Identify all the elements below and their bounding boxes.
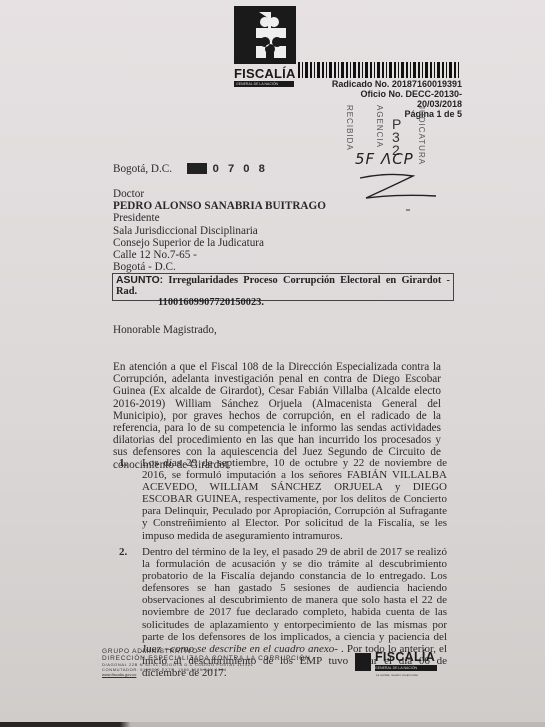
recipient-position: Presidente: [113, 212, 326, 224]
recipient-block: Doctor PEDRO ALONSO SANABRIA BUITRAGO Pr…: [113, 188, 326, 273]
list-item-number: 1.: [119, 457, 127, 469]
list-item-text: Dentro del término de la ley, el pasado …: [142, 546, 447, 655]
reference-number: 0 7 0 8: [213, 163, 268, 175]
subject-radicado: 11001609907720150023.: [116, 297, 450, 308]
handwritten-note: 5F ɅCP: [355, 150, 414, 168]
fiscalia-logo: FISCALÍA GENERAL DE LA NACIÓN: [234, 6, 296, 87]
footer-logo-subtitle: GENERAL DE LA NACIÓN: [375, 665, 437, 671]
puzzle-piece-icon: [355, 653, 371, 671]
footer-logo-tagline: La verdad, nuestro compromiso: [376, 673, 418, 677]
recipient-council: Consejo Superior de la Judicatura: [113, 237, 326, 249]
photo-edge: [0, 722, 545, 727]
stamp-fragment: AGENCIA: [375, 105, 384, 148]
subject-label: ASUNTO:: [116, 275, 163, 286]
puzzle-piece-icon: [234, 6, 296, 64]
list-item-text: Los días 29 de septiembre, 10 de octubre…: [142, 457, 447, 542]
radicado-number: Radicado No. 20187160019391: [330, 79, 462, 89]
signature-icon: [358, 170, 438, 215]
footer-website-link[interactable]: www.fiscalia.gov.co: [102, 672, 311, 677]
subject-box: ASUNTO: Irregularidades Proceso Corrupci…: [112, 273, 454, 301]
list-item-number: 2.: [119, 546, 127, 558]
date-line: Bogotá, D.C. 0 7 0 8: [113, 163, 268, 175]
intro-paragraph: En atención a que el Fiscal 108 de la Di…: [113, 361, 441, 471]
recipient-chamber: Sala Jurisdiccional Disciplinaria: [113, 225, 326, 237]
stamp-fragment: RECIBIDA: [345, 105, 354, 151]
logo-subtitle: GENERAL DE LA NACIÓN: [234, 81, 294, 87]
redacted-mark: [187, 163, 207, 174]
barcode: [298, 62, 460, 78]
footer-logo-name: FISCALÍA: [375, 650, 435, 664]
recipient-title: Doctor: [113, 188, 326, 200]
stamp-fragment: JUDICATURA: [417, 105, 426, 165]
footer-address: GRUPO ADMINISTRATIVO DIRECCIÓN ESPECIALI…: [102, 648, 311, 677]
logo-name: FISCALÍA: [234, 66, 296, 81]
oficio-number: Oficio No. DECC-20130-: [330, 89, 462, 99]
greeting: Honorable Magistrado,: [113, 324, 217, 336]
footer-group: GRUPO ADMINISTRATIVO: [102, 648, 311, 655]
city-date: Bogotá, D.C.: [113, 163, 172, 175]
list-item: 1. Los días 29 de septiembre, 10 de octu…: [142, 457, 447, 542]
recipient-city: Bogotá - D.C.: [113, 261, 326, 273]
subject-text: Irregularidades Proceso Corrupción Elect…: [116, 275, 450, 297]
footer-direction: DIRECCIÓN ESPECIALIZADA CONTRA LA CORRUP…: [102, 655, 311, 662]
recipient-address: Calle 12 No.7-65 -: [113, 249, 326, 261]
recipient-name: PEDRO ALONSO SANABRIA BUITRAGO: [113, 200, 326, 212]
